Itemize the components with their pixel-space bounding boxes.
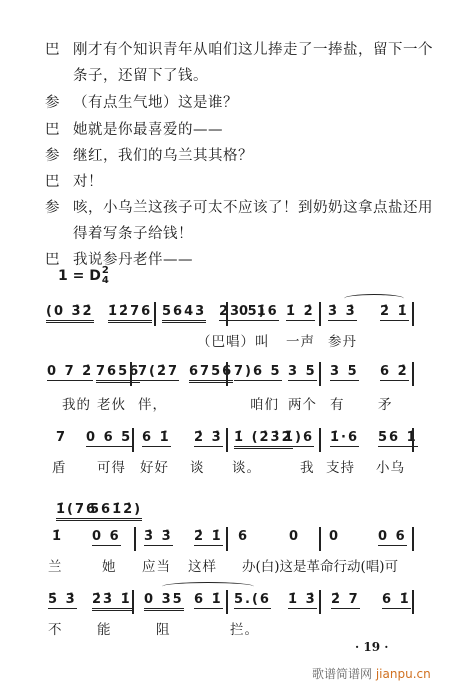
key-label: 1 = D bbox=[58, 268, 101, 284]
speaker: 巴 bbox=[45, 40, 67, 60]
note-group: 561̇2̇) bbox=[90, 502, 142, 521]
barline bbox=[319, 362, 321, 386]
dialogue-text: 继红，我们的乌兰其其格？ bbox=[73, 146, 253, 166]
lyric: 参丹 bbox=[328, 330, 357, 350]
note-group: 1̇ 2̇ bbox=[286, 304, 315, 321]
lyric: 谈 bbox=[190, 456, 205, 476]
note-group: 0 bbox=[329, 529, 340, 544]
lyric: 咱们 bbox=[250, 393, 279, 413]
watermark-cn: 歌谱简谱网 bbox=[312, 667, 372, 681]
note-group: 0 35 bbox=[144, 592, 184, 611]
speaker: 参 bbox=[45, 146, 67, 166]
lyric: 兰 bbox=[48, 555, 63, 575]
barline bbox=[319, 527, 321, 551]
note-group: 5.(6 bbox=[234, 592, 271, 609]
barline bbox=[226, 302, 228, 326]
note-group: (0 3̇2̇ bbox=[46, 304, 94, 323]
speaker: 巴 bbox=[45, 172, 67, 192]
watermark: 歌谱简谱网 jianpu.cn bbox=[312, 665, 431, 682]
barline bbox=[132, 428, 134, 452]
note-group: 7(2̇7 bbox=[138, 364, 179, 381]
note-group: 0 6 bbox=[378, 529, 407, 546]
watermark-en: jianpu.cn bbox=[376, 667, 431, 681]
note-group: 2̇ 7 bbox=[331, 592, 360, 609]
note-group: 5̇ 3̇ bbox=[48, 592, 77, 609]
note-group: 1̇·6 bbox=[330, 430, 359, 447]
note-group: 3 5 bbox=[288, 364, 317, 381]
barline bbox=[226, 362, 228, 386]
page-number: · 19 · bbox=[355, 640, 388, 654]
barline bbox=[226, 590, 228, 614]
lyric: 小乌 bbox=[376, 456, 405, 476]
time-signature: 24 bbox=[102, 266, 109, 286]
lyric: 不 bbox=[48, 618, 63, 638]
dialogue-text: 咳，小乌兰这孩子可太不应该了！到奶奶这拿点盐还用 bbox=[73, 198, 433, 218]
lyric: 矛 bbox=[378, 393, 393, 413]
note-group: 7)6 5 bbox=[234, 364, 282, 381]
barline bbox=[319, 428, 321, 452]
dialogue-text: 她就是你最喜爱的—— bbox=[73, 120, 223, 140]
lyric: 我 bbox=[300, 456, 315, 476]
lyric: 拦。 bbox=[230, 618, 259, 638]
barline bbox=[319, 302, 321, 326]
note-group: 2̇ 3̇ bbox=[194, 430, 223, 447]
dialogue-text: 条子，还留下了钱。 bbox=[73, 66, 208, 86]
lyric: 阻 bbox=[156, 618, 171, 638]
time-bottom: 4 bbox=[102, 275, 109, 286]
score-line-2: 0 7 2̇ 7656 7(2̇7 6756 7)6 5 3 5 3 5 6 2… bbox=[44, 362, 414, 386]
barline bbox=[412, 590, 414, 614]
note-group: 1̇)6 bbox=[284, 430, 314, 447]
barline bbox=[226, 428, 228, 452]
lyric: 谈。 bbox=[232, 456, 261, 476]
note-group: 7656 bbox=[96, 364, 140, 383]
speaker: 参 bbox=[45, 93, 67, 113]
barline bbox=[412, 527, 414, 551]
lyric: 有 bbox=[330, 393, 345, 413]
lyric: 她 bbox=[102, 555, 117, 575]
key-signature: 1 = D24 bbox=[58, 266, 109, 286]
score-line-4: 1̇ 0 6 3̇ 3̇ 2̇ 1̇ 6 0 0 0 6 bbox=[44, 527, 414, 551]
note-group: 1̇ 3̇ bbox=[288, 592, 317, 609]
dialogue-text: 得着写条子给钱！ bbox=[73, 224, 193, 244]
note-group: 3 5 bbox=[330, 364, 359, 381]
lyric: （巴唱）叫 bbox=[197, 330, 270, 350]
speaker: 巴 bbox=[45, 120, 67, 140]
score-line-3: 7 0 6 5 6 1̇ 2̇ 3̇ 1̇ (2̇3̇2̇ 1̇)6 1̇·6 … bbox=[44, 428, 414, 452]
lyric: 办(白)这是革命行动(唱)可 bbox=[242, 555, 398, 575]
note-group: 2̇ 1̇ bbox=[194, 529, 223, 546]
lyric: 支持 bbox=[326, 456, 355, 476]
dialogue-text: 刚才有个知识青年从咱们这儿捧走了一捧盐，留下一个 bbox=[73, 40, 433, 60]
speaker: 参 bbox=[45, 198, 67, 218]
note-group: 2̇ 1̇ bbox=[380, 304, 409, 321]
note-group: 6 2̇ bbox=[380, 364, 409, 381]
note-group: 0 1̇6 bbox=[239, 304, 279, 321]
lyric: 两个 bbox=[288, 393, 317, 413]
note-group: 2̇3̇ 1̇ bbox=[92, 592, 132, 611]
note-group: 1̇2̇76 bbox=[108, 304, 152, 323]
barline bbox=[134, 527, 136, 551]
lyric: 一声 bbox=[286, 330, 315, 350]
barline bbox=[132, 590, 134, 614]
barline bbox=[154, 302, 156, 326]
barline bbox=[412, 362, 414, 386]
note-group: 0 7 2̇ bbox=[47, 364, 93, 381]
note-group: 6 1̇ bbox=[194, 592, 223, 609]
slur bbox=[162, 582, 254, 591]
slur bbox=[344, 294, 404, 303]
lyric: 这样 bbox=[188, 555, 217, 575]
note-group: 0 6 bbox=[92, 529, 121, 546]
lyric: 可得 bbox=[97, 456, 126, 476]
barline bbox=[130, 362, 132, 386]
barline bbox=[319, 590, 321, 614]
note-group: 7 bbox=[56, 430, 67, 445]
barline bbox=[226, 527, 228, 551]
note-group: 6 1̇ bbox=[382, 592, 411, 609]
lyric: 能 bbox=[97, 618, 112, 638]
lyric: 我的 bbox=[62, 393, 91, 413]
dialogue-text: 对！ bbox=[73, 172, 103, 192]
note-group: 1̇ bbox=[52, 529, 63, 544]
note-group: 5643 bbox=[162, 304, 206, 323]
lyric: 好好 bbox=[140, 456, 169, 476]
note-group: 3̇ 3̇ bbox=[328, 304, 357, 321]
score-line-1: (0 3̇2̇ 1̇2̇76 5643 23 5) 0 1̇6 1̇ 2̇ 3̇… bbox=[44, 302, 414, 326]
dialogue-text: （有点生气地）这是谁？ bbox=[73, 93, 238, 113]
barline bbox=[412, 302, 414, 326]
note-group: 0 6 5 bbox=[86, 430, 132, 447]
fermata-rest: 0 bbox=[289, 529, 300, 544]
barline bbox=[412, 428, 414, 452]
lyric: 盾 bbox=[52, 456, 67, 476]
note-group: 6 bbox=[238, 529, 249, 544]
lyric: 老伙 bbox=[97, 393, 126, 413]
lyric: 伴， bbox=[138, 393, 167, 413]
note-group: 3̇ 3̇ bbox=[144, 529, 173, 546]
score-line-interlude: 1̇(76 561̇2̇) bbox=[44, 500, 414, 524]
score-line-5: 5̇ 3̇ 2̇3̇ 1̇ 0 35 6 1̇ 5.(6 1̇ 3̇ 2̇ 7 … bbox=[44, 590, 414, 614]
note-group: 6 1̇ bbox=[142, 430, 171, 447]
lyric: 应当 bbox=[142, 555, 171, 575]
